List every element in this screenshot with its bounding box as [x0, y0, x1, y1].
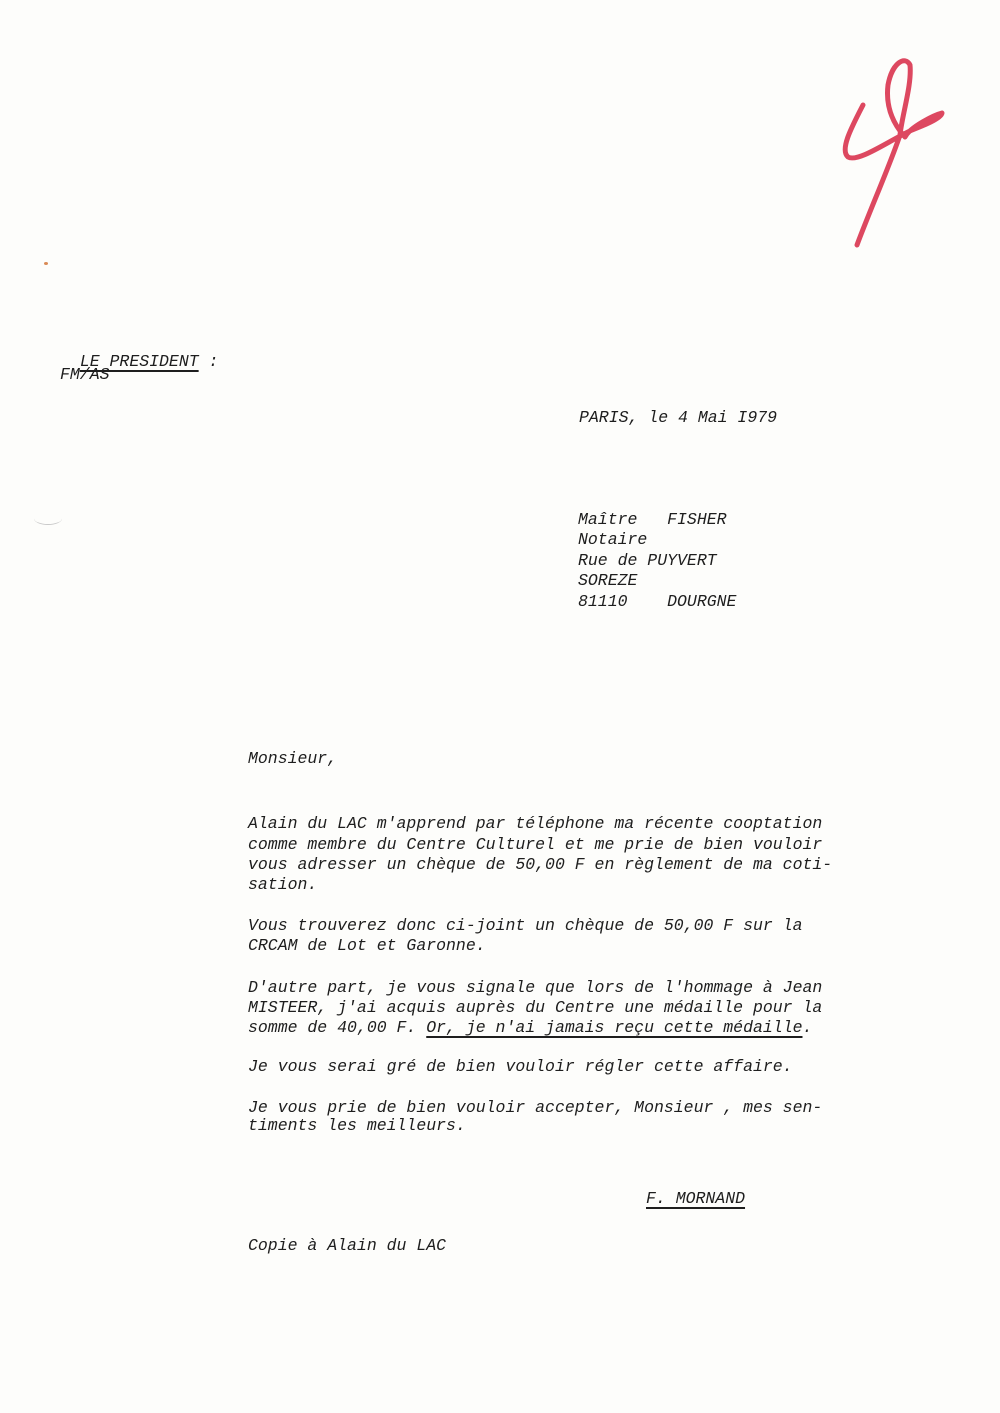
body-line: vous adresser un chèque de 50,00 F en rè…: [248, 855, 832, 874]
paper-smudge: [34, 512, 62, 525]
reference-code: FM/AS: [60, 365, 110, 384]
body-line: CRCAM de Lot et Garonne.: [248, 936, 486, 955]
paper-speck: [44, 262, 48, 265]
salutation: Monsieur,: [248, 749, 337, 768]
recipient-line: Notaire: [578, 530, 647, 549]
handwritten-annotation: [830, 45, 970, 255]
signature: F. MORNAND: [646, 1189, 745, 1208]
body-line: Vous trouverez donc ci-joint un chèque d…: [248, 916, 803, 935]
recipient-line: Rue de PUYVERT: [578, 551, 717, 570]
date-line: PARIS, le 4 Mai I979: [579, 408, 777, 427]
body-paragraph-4: Je vous serai gré de bien vouloir régler…: [248, 1057, 793, 1076]
body-line: comme membre du Centre Culturel et me pr…: [248, 835, 822, 854]
body-line: MISTEER, j'ai acquis auprès du Centre un…: [248, 998, 822, 1017]
copy-note: Copie à Alain du LAC: [248, 1236, 446, 1255]
body-line: sation.: [248, 875, 317, 894]
body-line: somme de 40,00 F. Or, je n'ai jamais reç…: [248, 1018, 812, 1037]
body-line: timents les meilleurs.: [248, 1116, 466, 1135]
underlined-remark: Or, je n'ai jamais reçu cette médaille: [426, 1018, 802, 1037]
body-line: Je vous prie de bien vouloir accepter, M…: [248, 1098, 822, 1117]
body-line: Alain du LAC m'apprend par téléphone ma …: [248, 814, 822, 833]
sender-title-colon: :: [199, 352, 219, 371]
body-line: D'autre part, je vous signale que lors d…: [248, 978, 822, 997]
recipient-line: 81110 DOURGNE: [578, 592, 736, 611]
recipient-line: SOREZE: [578, 571, 637, 590]
recipient-line: Maître FISHER: [578, 510, 727, 529]
